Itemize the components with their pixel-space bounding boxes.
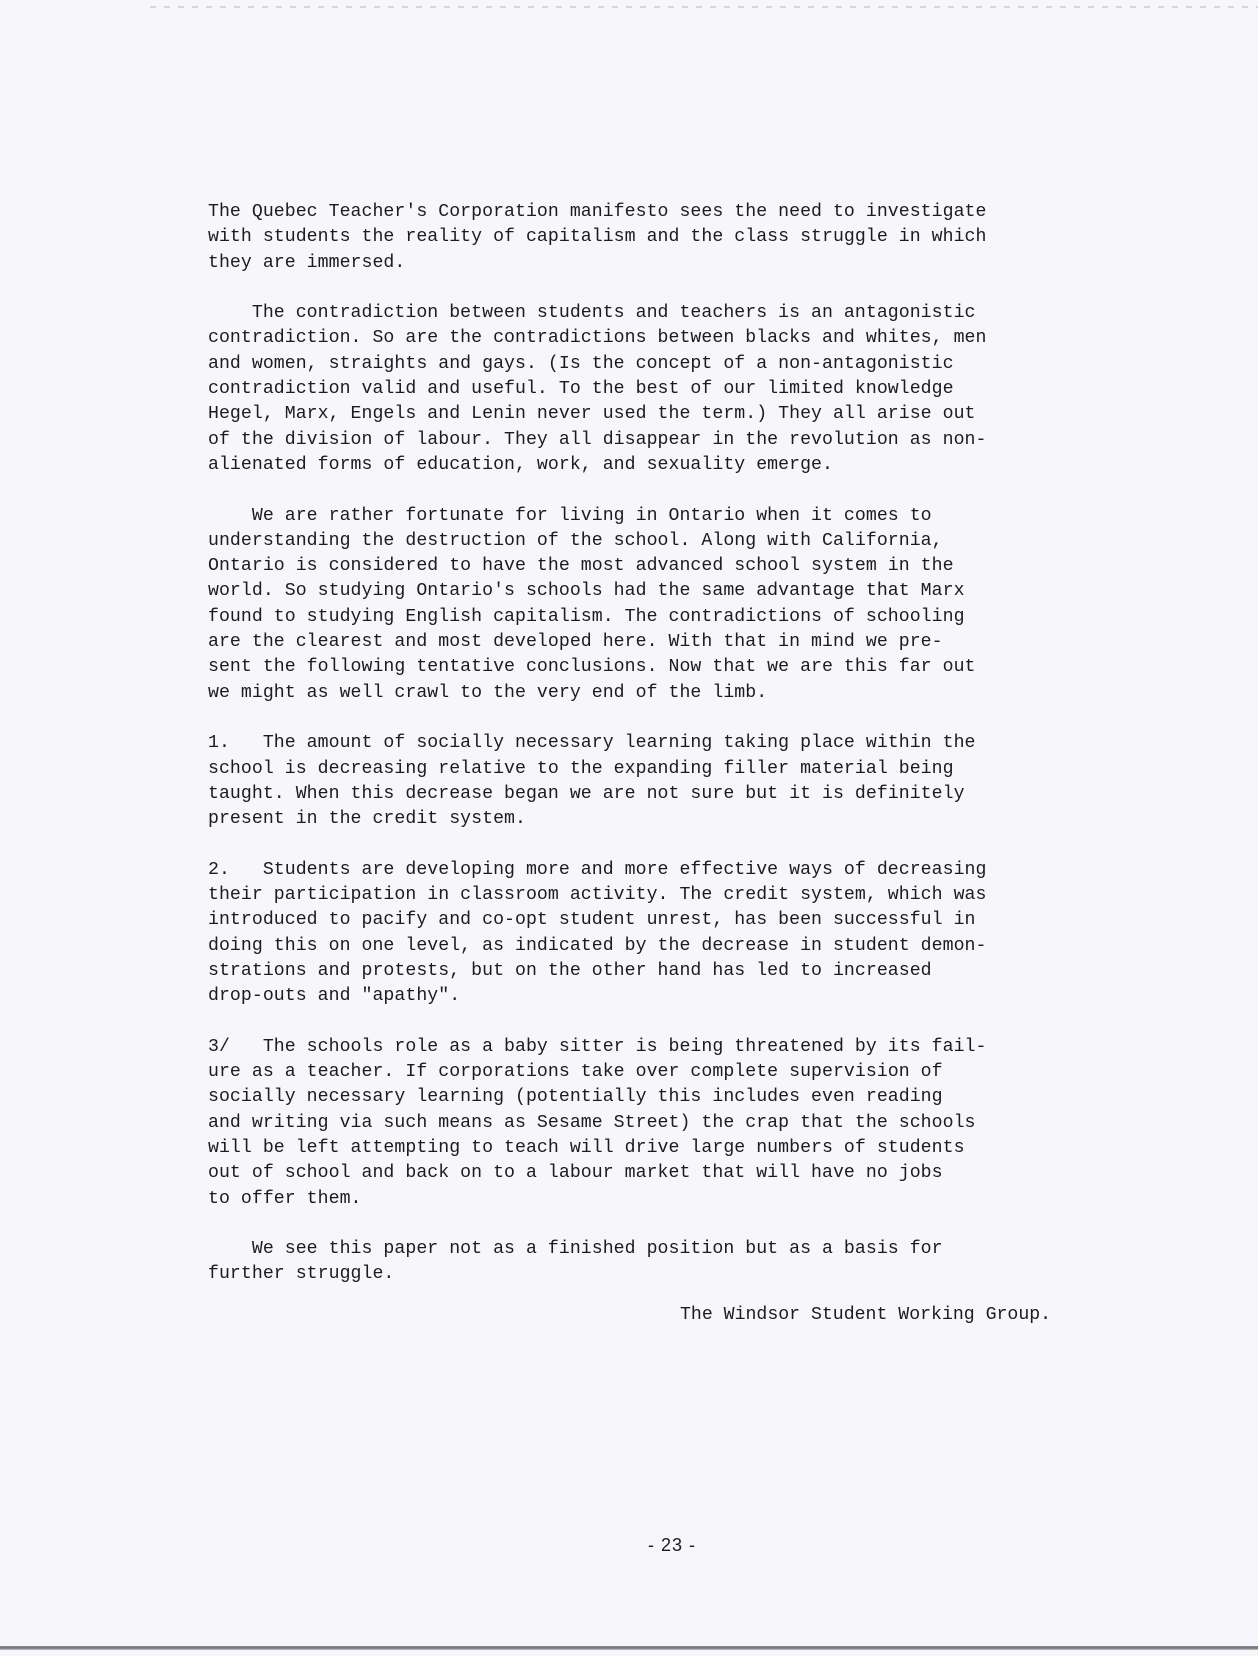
text-line: to offer them.: [208, 1187, 1128, 1212]
signature: The Windsor Student Working Group.: [680, 1305, 1051, 1325]
text-line: Hegel, Marx, Engels and Lenin never used…: [208, 402, 1128, 427]
text-line: school is decreasing relative to the exp…: [208, 757, 1128, 782]
text-line: ure as a teacher. If corporations take o…: [208, 1060, 1128, 1085]
text-line: doing this on one level, as indicated by…: [208, 934, 1128, 959]
text-line: are the clearest and most developed here…: [208, 630, 1128, 655]
page-top-edge: [150, 6, 1258, 8]
page-number: - 23 -: [648, 1535, 696, 1556]
paragraph-p7: We see this paper not as a finished posi…: [208, 1237, 1128, 1288]
text-line: drop-outs and "apathy".: [208, 984, 1128, 1009]
paragraph-p4: 1. The amount of socially necessary lear…: [208, 731, 1128, 832]
paragraph-p3: We are rather fortunate for living in On…: [208, 504, 1128, 706]
text-line: sent the following tentative conclusions…: [208, 655, 1128, 680]
text-line: We see this paper not as a finished posi…: [208, 1237, 1128, 1262]
text-line: We are rather fortunate for living in On…: [208, 504, 1128, 529]
text-line: socially necessary learning (potentially…: [208, 1085, 1128, 1110]
text-line: found to studying English capitalism. Th…: [208, 605, 1128, 630]
text-line: The contradiction between students and t…: [208, 301, 1128, 326]
text-line: strations and protests, but on the other…: [208, 959, 1128, 984]
text-line: world. So studying Ontario's schools had…: [208, 579, 1128, 604]
page-bottom-edge: [0, 1646, 1258, 1650]
text-line: 3/ The schools role as a baby sitter is …: [208, 1035, 1128, 1060]
text-line: 2. Students are developing more and more…: [208, 858, 1128, 883]
text-line: and writing via such means as Sesame Str…: [208, 1111, 1128, 1136]
text-line: we might as well crawl to the very end o…: [208, 681, 1128, 706]
text-line: further struggle.: [208, 1262, 1128, 1287]
text-line: their participation in classroom activit…: [208, 883, 1128, 908]
text-line: alienated forms of education, work, and …: [208, 453, 1128, 478]
document-page: The Quebec Teacher's Corporation manifes…: [0, 0, 1258, 1656]
text-line: 1. The amount of socially necessary lear…: [208, 731, 1128, 756]
text-line: with students the reality of capitalism …: [208, 225, 1128, 250]
text-line: Ontario is considered to have the most a…: [208, 554, 1128, 579]
paragraph-p1: The Quebec Teacher's Corporation manifes…: [208, 200, 1128, 276]
text-line: will be left attempting to teach will dr…: [208, 1136, 1128, 1161]
text-line: and women, straights and gays. (Is the c…: [208, 352, 1128, 377]
text-line: present in the credit system.: [208, 807, 1128, 832]
paragraph-p2: The contradiction between students and t…: [208, 301, 1128, 478]
text-line: introduced to pacify and co-opt student …: [208, 908, 1128, 933]
text-line: of the division of labour. They all disa…: [208, 428, 1128, 453]
text-line: understanding the destruction of the sch…: [208, 529, 1128, 554]
text-line: contradiction. So are the contradictions…: [208, 326, 1128, 351]
text-line: they are immersed.: [208, 251, 1128, 276]
text-line: The Quebec Teacher's Corporation manifes…: [208, 200, 1128, 225]
document-body: The Quebec Teacher's Corporation manifes…: [208, 200, 1128, 1313]
text-line: out of school and back on to a labour ma…: [208, 1161, 1128, 1186]
paragraph-p5: 2. Students are developing more and more…: [208, 858, 1128, 1010]
text-line: taught. When this decrease began we are …: [208, 782, 1128, 807]
text-line: contradiction valid and useful. To the b…: [208, 377, 1128, 402]
paragraph-p6: 3/ The schools role as a baby sitter is …: [208, 1035, 1128, 1212]
